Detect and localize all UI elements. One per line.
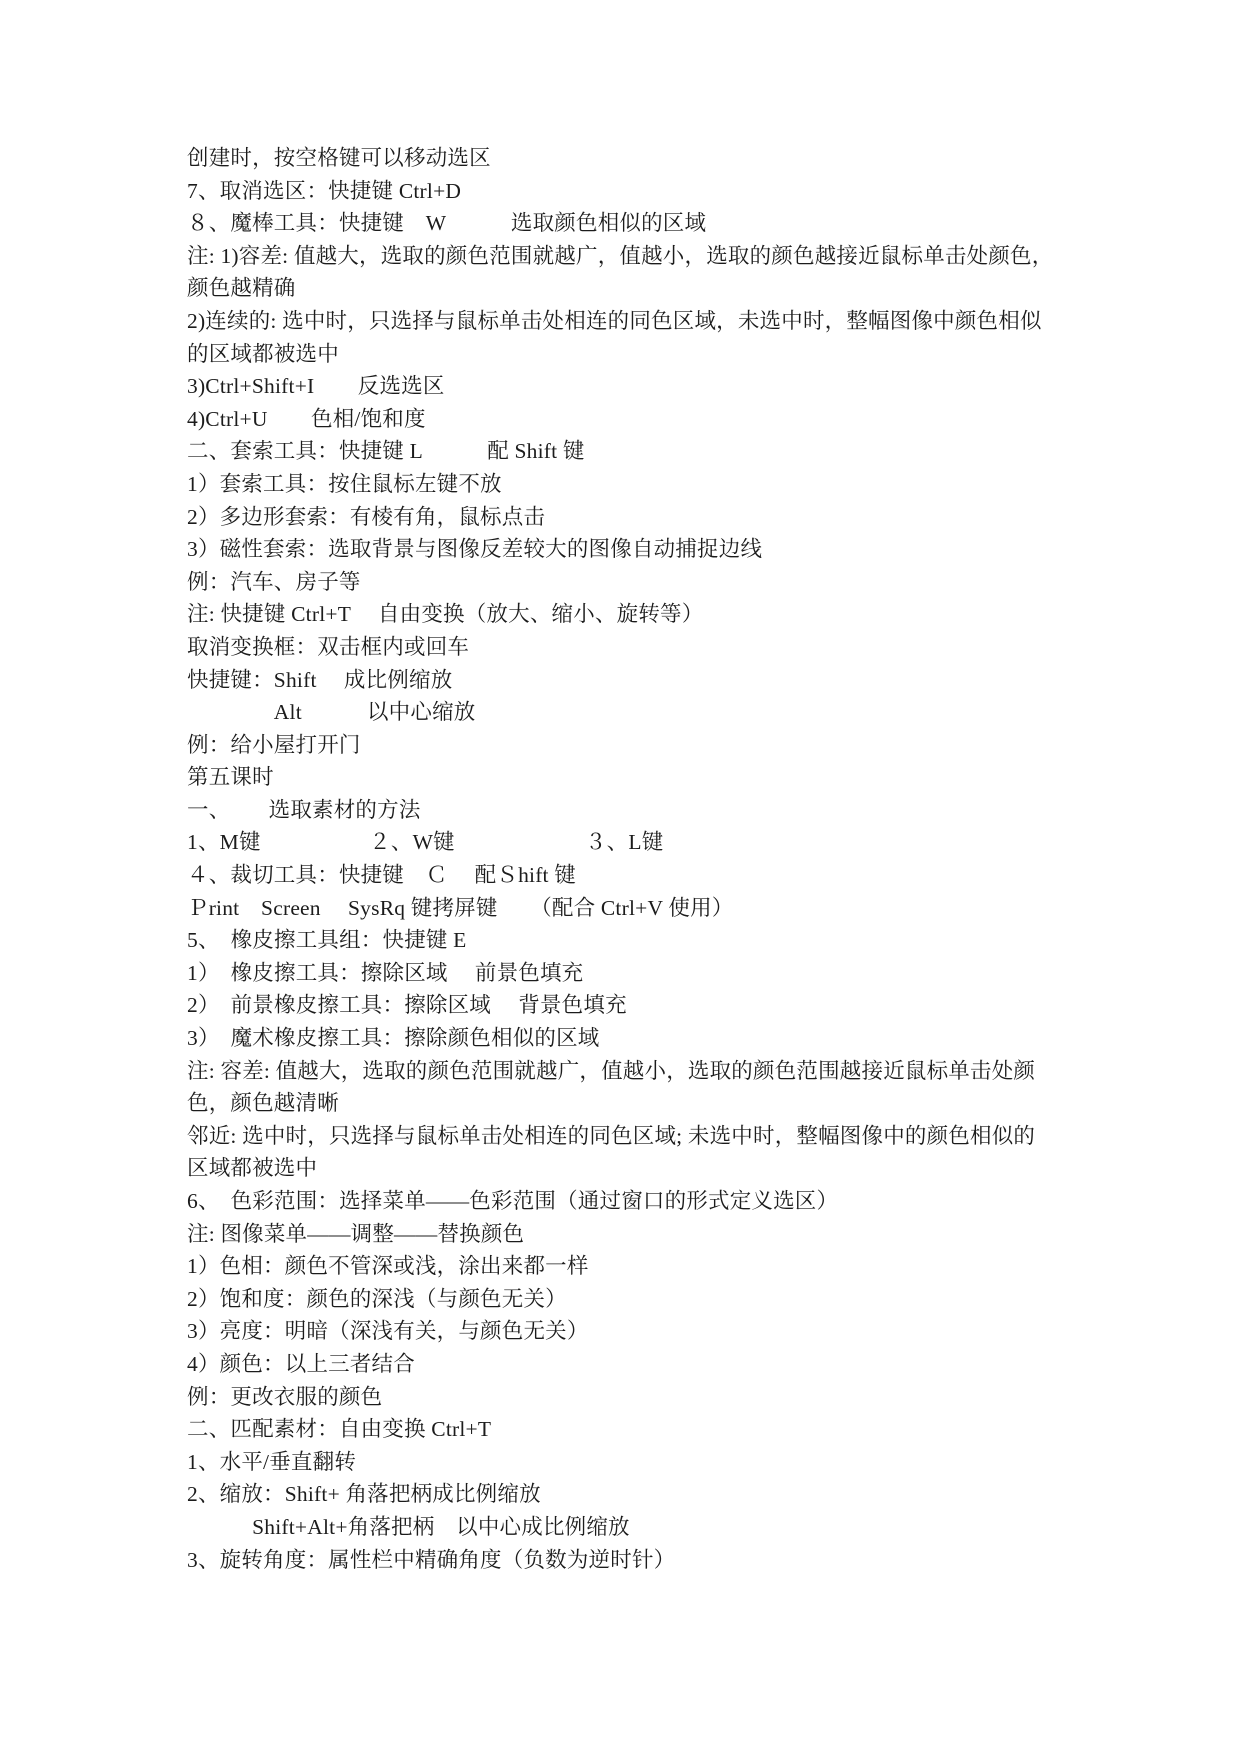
text-line: 2)连续的: 选中时，只选择与鼠标单击处相连的同色区域，未选中时，整幅图像中颜色… xyxy=(187,305,1087,338)
text-line: 2、缩放：Shift+ 角落把柄成比例缩放 xyxy=(187,1478,1087,1511)
text-line: 二、匹配素材：自由变换 Ctrl+T xyxy=(187,1413,1087,1446)
text-line: 6、 色彩范围：选择菜单——色彩范围（通过窗口的形式定义选区） xyxy=(187,1185,1087,1218)
text-line: 的区域都被选中 xyxy=(187,338,1087,371)
text-line: 颜色越精确 xyxy=(187,272,1087,305)
text-line: 3） 魔术橡皮擦工具：擦除颜色相似的区域 xyxy=(187,1022,1087,1055)
text-line: 3)Ctrl+Shift+I 反选选区 xyxy=(187,370,1087,403)
text-line: 例：给小屋打开门 xyxy=(187,729,1087,762)
text-line: 一、 选取素材的方法 xyxy=(187,794,1087,827)
text-line: 3、旋转角度：属性栏中精确角度（负数为逆时针） xyxy=(187,1544,1087,1577)
text-line: 2）饱和度：颜色的深浅（与颜色无关） xyxy=(187,1283,1087,1316)
text-line: 区域都被选中 xyxy=(187,1152,1087,1185)
document-page: 创建时，按空格键可以移动选区7、取消选区：快捷键 Ctrl+D８、魔棒工具：快捷… xyxy=(0,0,1241,1754)
text-line: 注: 容差: 值越大，选取的颜色范围就越广，值越小，选取的颜色范围越接近鼠标单击… xyxy=(187,1055,1087,1088)
text-line: 取消变换框：双击框内或回车 xyxy=(187,631,1087,664)
text-line: ８、魔棒工具：快捷键 W 选取颜色相似的区域 xyxy=(187,207,1087,240)
document-body: 创建时，按空格键可以移动选区7、取消选区：快捷键 Ctrl+D８、魔棒工具：快捷… xyxy=(187,142,1087,1576)
text-line: 4）颜色：以上三者结合 xyxy=(187,1348,1087,1381)
text-line: 快捷键：Shift 成比例缩放 xyxy=(187,664,1087,697)
text-line: 3）亮度：明暗（深浅有关，与颜色无关） xyxy=(187,1315,1087,1348)
text-line: 注: 1)容差: 值越大，选取的颜色范围就越广，值越小，选取的颜色越接近鼠标单击… xyxy=(187,240,1087,273)
text-line: Shift+Alt+角落把柄 以中心成比例缩放 xyxy=(187,1511,1087,1544)
text-line: 1）套索工具：按住鼠标左键不放 xyxy=(187,468,1087,501)
text-line: 创建时，按空格键可以移动选区 xyxy=(187,142,1087,175)
text-line: 邻近: 选中时，只选择与鼠标单击处相连的同色区域; 未选中时，整幅图像中的颜色相… xyxy=(187,1120,1087,1153)
text-line: 1、M键 ２、W键 ３、L键 xyxy=(187,826,1087,859)
text-line: ４、裁切工具：快捷键 Ｃ 配Ｓhift 键 xyxy=(187,859,1087,892)
text-line: 第五课时 xyxy=(187,761,1087,794)
text-line: 例：汽车、房子等 xyxy=(187,566,1087,599)
text-line: 2）多边形套索：有棱有角，鼠标点击 xyxy=(187,501,1087,534)
text-line: 二、套索工具：快捷键 L 配 Shift 键 xyxy=(187,435,1087,468)
text-line: 注: 图像菜单——调整——替换颜色 xyxy=(187,1218,1087,1251)
text-line: 色，颜色越清晰 xyxy=(187,1087,1087,1120)
text-line: 1） 橡皮擦工具：擦除区域 前景色填充 xyxy=(187,957,1087,990)
text-line: Ｐrint Screen SysRq 键拷屏键 （配合 Ctrl+V 使用） xyxy=(187,892,1087,925)
text-line: 2） 前景橡皮擦工具：擦除区域 背景色填充 xyxy=(187,989,1087,1022)
text-line: 注: 快捷键 Ctrl+T 自由变换（放大、缩小、旋转等） xyxy=(187,598,1087,631)
text-line: 5、 橡皮擦工具组：快捷键 E xyxy=(187,924,1087,957)
text-line: 1、水平/垂直翻转 xyxy=(187,1446,1087,1479)
text-line: 7、取消选区：快捷键 Ctrl+D xyxy=(187,175,1087,208)
text-line: Alt 以中心缩放 xyxy=(187,696,1087,729)
text-line: 例：更改衣服的颜色 xyxy=(187,1381,1087,1414)
text-line: 4)Ctrl+U 色相/饱和度 xyxy=(187,403,1087,436)
text-line: 3）磁性套索：选取背景与图像反差较大的图像自动捕捉边线 xyxy=(187,533,1087,566)
text-line: 1）色相：颜色不管深或浅，涂出来都一样 xyxy=(187,1250,1087,1283)
